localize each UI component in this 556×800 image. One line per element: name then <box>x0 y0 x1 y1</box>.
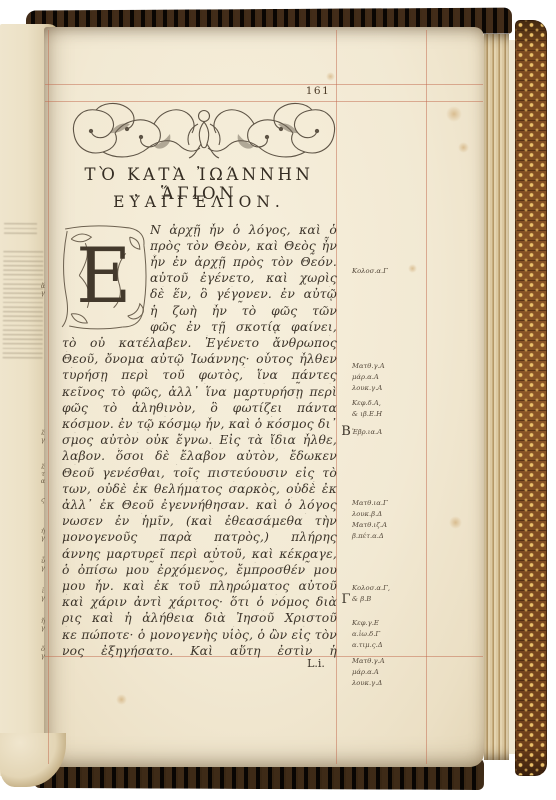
body-line: άννης μαρτυρεῖ περὶ αὐτοῦ, καὶ κέκραγε, … <box>62 547 337 563</box>
margin-reference-note: Ματθ.ια.Γ <box>352 500 424 508</box>
body-line: κόσμον. ἐν τῷ κόσμῳ ἦν, καὶ ὁ κόσμος δι᾽… <box>62 417 337 433</box>
body-line: φῶς τὸ ἀληθινὸν, ὃ φωτίζει πάντα ἄνθρωπο… <box>62 401 337 417</box>
gutter-margin-mark: ἰ γ <box>37 588 49 602</box>
drop-cap-letter: E <box>76 231 131 321</box>
margin-reference-note: & β.Β <box>352 596 424 604</box>
margin-reference-note: Κολοσ.α.Γ <box>352 268 424 276</box>
body-line: μου ἦν. καὶ ἐκ τοῦ πληρώματος αὐτοῦ ἡμεῖ… <box>62 579 337 595</box>
gutter-margin-mark: ἔ γ <box>37 430 49 444</box>
body-line: ἦν ἐν ἀρχῇ πρὸς τὸν Θεόν. Πάντα δι᾽ <box>150 255 337 271</box>
body-line: ρις καὶ ἡ ἀλήθεια διὰ Ἰησοῦ Χριστοῦ ἐγέν… <box>62 611 337 627</box>
body-line: φῶς ἐν τῇ σκοτίᾳ φαίνει, καὶ ἡ σκοτία αὐ… <box>150 320 337 336</box>
margin-reference-note: & ιβ.Ε.Η <box>352 411 424 419</box>
body-line: σμος αὐτὸν οὐκ ἔγνω. Εἰς τὰ ἴδια ἦλθε, κ… <box>62 433 337 449</box>
printed-content: 161 <box>0 0 556 800</box>
body-line: κε πώποτε· ὁ μονογενὴς υἱὸς, ὁ ὢν εἰς τὸ… <box>62 628 337 644</box>
margin-reference-note: Κολοσ.α.Γ, <box>352 585 424 593</box>
body-line: πρὸς τὸν Θεὸν, καὶ Θεὸς ἦν ὁ λόγος. οὗτο… <box>150 239 337 255</box>
gutter-margin-mark: ὗ γ <box>37 558 49 572</box>
margin-reference-note: Ματθ.γ.Α <box>352 363 424 371</box>
body-line: καὶ χάριν ἀντὶ χάριτος· ὅτι ὁ νόμος διὰ … <box>62 595 337 611</box>
body-line: των, οὐδὲ ἐκ θελήματος σαρκὸς, οὐδὲ ἐκ θ… <box>62 482 337 498</box>
body-line: ἀλλ᾽ ἐκ Θεοῦ ἐγεννήθησαν. καὶ ὁ λόγος σὰ… <box>62 498 337 514</box>
margin-reference-note: μάρ.α.Α <box>352 374 424 382</box>
body-line: Θεοῦ, ὄνομα αὐτῷ Ἰωάννης· οὗτος ἦλθεν εἰ… <box>62 352 337 368</box>
body-line: μονογενοῦς παρὰ πατρὸς,) πλήρης χάριτος … <box>62 530 337 546</box>
drop-cap-initial: E <box>59 223 148 330</box>
gutter-margin-mark: ἅ γ <box>37 283 49 297</box>
gutter-margin-mark: ἤ γ <box>37 618 49 632</box>
gutter-margin-mark: ϛ <box>37 497 49 504</box>
margin-reference-note: λουκ.γ.Α <box>352 385 424 393</box>
margin-reference-note: μάρ.α.Α <box>352 669 424 677</box>
section-letter: Γ <box>339 592 353 607</box>
margin-reference-note: β.πέτ.α.Δ <box>352 533 424 541</box>
page-number: 161 <box>300 85 336 97</box>
margin-reference-note: λουκ.β.Δ <box>352 511 424 519</box>
body-line: τὸ οὐ κατέλαβεν. Ἐγένετο ἄνθρωπος ἀπεστα… <box>62 336 337 352</box>
gutter-margin-mark: ἔ τ α <box>37 464 49 485</box>
margin-reference-note: Κεφ.δ.Α, <box>352 400 424 408</box>
margin-reference-note: Ματθ.γ.Α <box>352 658 424 666</box>
margin-reference-note: α.τιμ.ς.Δ <box>352 642 424 650</box>
gospel-title-line2: ΕΥ̓ΑΓΓΈΛΙΟΝ. <box>56 193 342 211</box>
body-line: ὁ ὀπίσω μου ἐρχόμενος, ἔμπροσθέν μου γέγ… <box>62 563 337 579</box>
body-line: Θεοῦ γενέσθαι, τοῖς πιστεύουσιν εἰς τὸ ὄ… <box>62 466 337 482</box>
body-line: τυρήσῃ περὶ τοῦ φωτὸς, ἵνα πάντες πιστεύ… <box>62 368 337 384</box>
margin-reference-note: α.ἰω.δ.Γ <box>352 631 424 639</box>
margin-reference-note: λουκ.γ.Δ <box>352 680 424 688</box>
margin-reference-note: Ματθ.ιζ.Α <box>352 522 424 530</box>
gutter-margin-mark: ὄ γ <box>37 646 49 660</box>
body-line: κεῖνος τὸ φῶς, ἀλλ᾽ ἵνα μαρτυρήσῃ περὶ τ… <box>62 385 337 401</box>
body-line: λαβον. ὅσοι δὲ ἔλαβον αὐτὸν, ἔδωκεν αὐτο… <box>62 449 337 465</box>
section-letter: B <box>339 424 353 439</box>
margin-reference-note: Ἑβρ.ια.Α <box>352 429 424 437</box>
gutter-margin-mark: ἠ γ <box>37 528 49 542</box>
signature-mark: L.i. <box>296 657 336 670</box>
body-line: δὲ ἕν, ὃ γέγονεν. ἐν αὐτῷ ζωὴ ἦν, καὶ <box>150 287 337 303</box>
body-line: νωσεν ἐν ἡμῖν, (καὶ ἐθεασάμεθα τὴν δόξαν… <box>62 514 337 530</box>
body-line: ἡ ζωὴ ἦν τὸ φῶς τῶν ἀνθρώπων, καὶ τὸ <box>150 304 337 320</box>
book-photo: 161 <box>0 0 556 800</box>
margin-reference-note: Κεφ.γ.Ε <box>352 620 424 628</box>
body-line: αὐτοῦ ἐγένετο, καὶ χωρὶς αὐτοῦ ἐγένετο ο… <box>150 271 337 287</box>
body-line: Ν ἀρχῇ ἦν ὁ λόγος, καὶ ὁ λόγος ἦν <box>150 223 337 239</box>
headpiece-woodcut <box>68 100 340 162</box>
